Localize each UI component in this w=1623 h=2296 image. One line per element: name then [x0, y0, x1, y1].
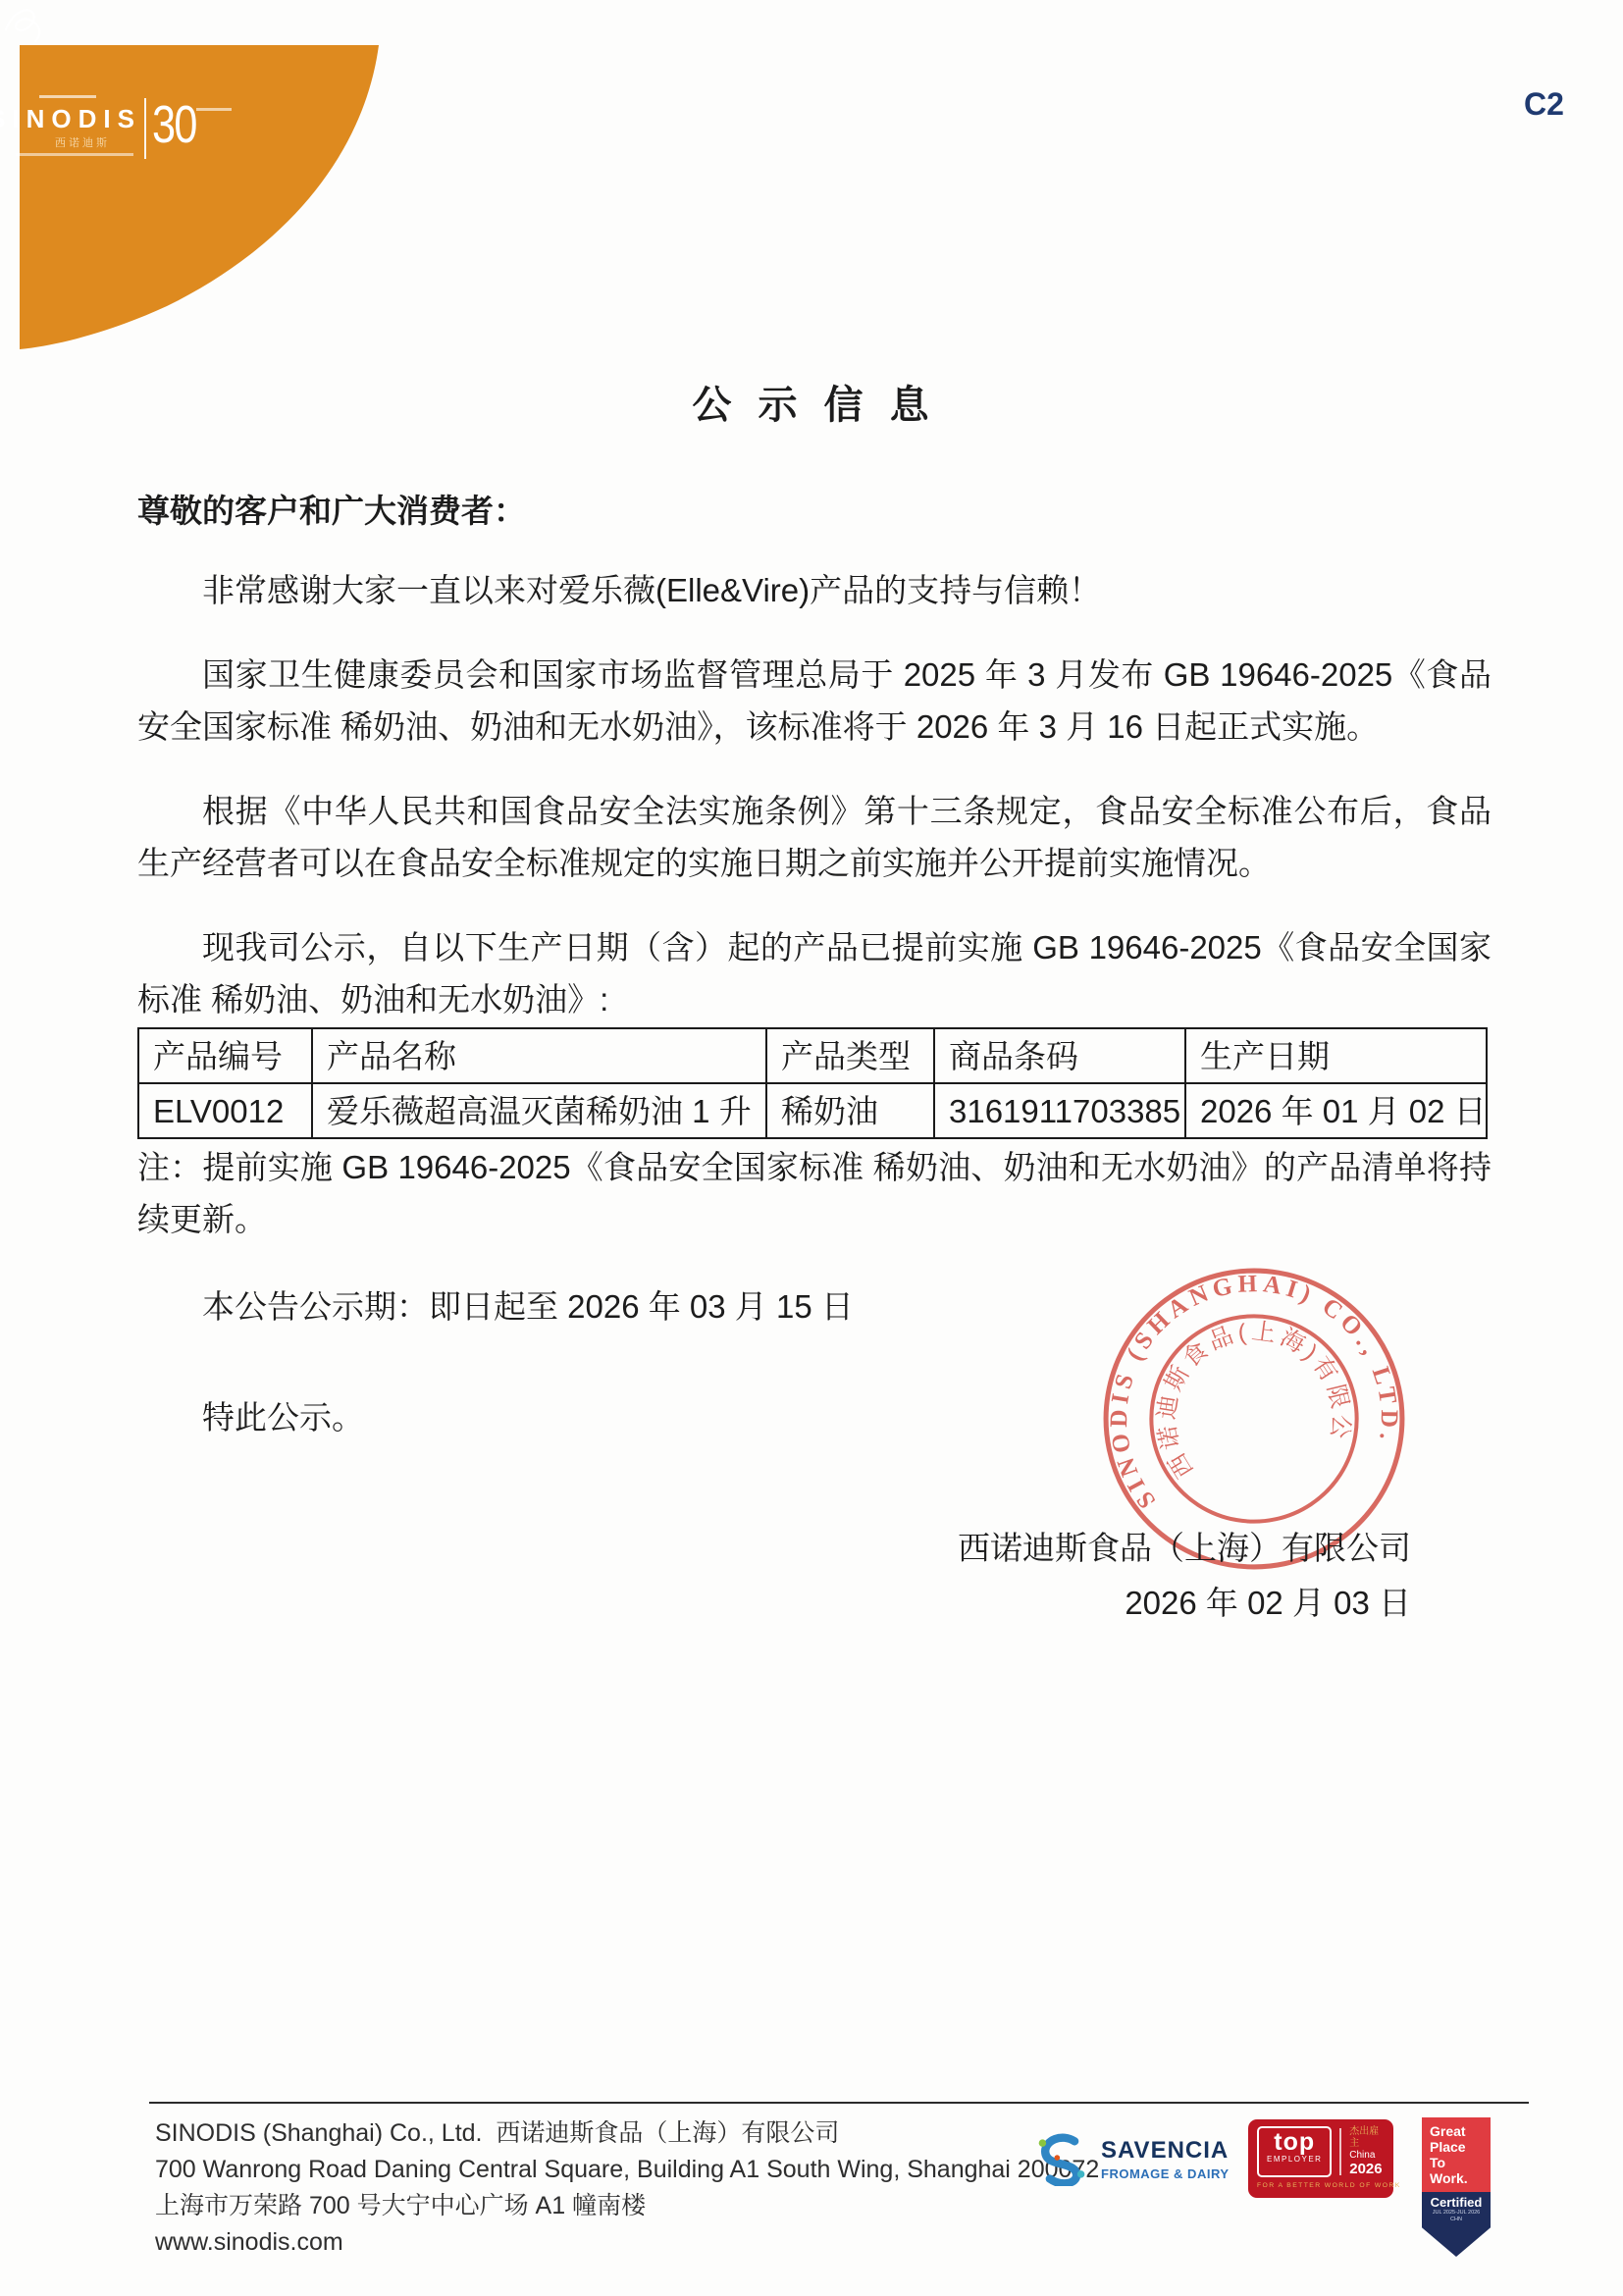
- top-employer-wordbox: top EMPLOYER: [1257, 2126, 1332, 2177]
- product-table: 产品编号 产品名称 产品类型 商品条码 生产日期 ELV0012 爱乐薇超高温灭…: [137, 1027, 1488, 1139]
- anniversary-flourish-icon: [0, 0, 51, 45]
- page-title: 公 示 信 息: [137, 381, 1492, 430]
- sinodis-logo-corner: SINODIS 西诺迪斯 30: [0, 0, 422, 363]
- col-header-production-date: 生产日期: [1185, 1028, 1487, 1083]
- gptw-red-panel: Great Place To Work.: [1422, 2117, 1491, 2192]
- signature-company: 西诺迪斯食品（上海）有限公司: [958, 1521, 1411, 1576]
- scanned-announcement-page: SINODIS 西诺迪斯 30 C2 公 示 信 息 尊敬的客户和广大消费者： …: [0, 0, 1623, 2296]
- seal-latin-text: SINODIS (SHANGHAI) CO., LTD.: [1078, 1243, 1414, 1517]
- salutation: 尊敬的客户和广大消费者：: [137, 485, 1492, 537]
- logo-tagline-bar: [16, 153, 133, 156]
- signature-block: 西诺迪斯食品（上海）有限公司 2026 年 02 月 03 日: [958, 1521, 1411, 1631]
- anniversary-small-text-bar: [196, 108, 232, 111]
- footer-address-block: SINODIS (Shanghai) Co., Ltd. 西诺迪斯食品（上海）有…: [155, 2115, 1099, 2261]
- col-header-product-name: 产品名称: [312, 1028, 766, 1083]
- savencia-tagline: FROMAGE & DAIRY: [1101, 2166, 1230, 2181]
- top-employer-badge: top EMPLOYER 杰出雇主 China 2026 FOR A BETTE…: [1248, 2119, 1393, 2198]
- table-row: ELV0012 爱乐薇超高温灭菌稀奶油 1 升 稀奶油 316191170338…: [138, 1083, 1487, 1138]
- signature-date: 2026 年 02 月 03 日: [958, 1576, 1411, 1631]
- footer-address-cn: 上海市万荣路 700 号大宁中心广场 A1 幢南楼: [155, 2188, 1099, 2224]
- cell-product-type: 稀奶油: [766, 1083, 934, 1138]
- cell-barcode: 3161911703385: [934, 1083, 1185, 1138]
- top-employer-year: 2026: [1349, 2162, 1385, 2177]
- sinodis-chinese-name: 西诺迪斯: [55, 134, 110, 150]
- col-header-product-code: 产品编号: [138, 1028, 312, 1083]
- top-employer-strapline: FOR A BETTER WORLD OF WORK: [1257, 2182, 1385, 2189]
- note-text: 注：提前实施 GB 19646-2025《食品安全国家标准 稀奶油、奶油和无水奶…: [137, 1141, 1492, 1245]
- col-header-product-type: 产品类型: [766, 1028, 934, 1083]
- paragraph-thanks: 非常感谢大家一直以来对爱乐薇(Elle&Vire)产品的支持与信赖！: [137, 564, 1492, 616]
- footer-website: www.sinodis.com: [155, 2224, 1099, 2261]
- top-employer-cn: 杰出雇主: [1349, 2126, 1385, 2150]
- gptw-certified-ribbon: Certified JUL 2025-JUL 2026 CHN: [1422, 2192, 1491, 2257]
- top-employer-divider: [1339, 2128, 1341, 2175]
- savencia-wordmark: SAVENCIA: [1101, 2137, 1230, 2165]
- savencia-s-icon: [1034, 2131, 1089, 2186]
- paragraph-early-implementation: 现我司公示，自以下生产日期（含）起的产品已提前实施 GB 19646-2025《…: [137, 921, 1492, 1025]
- paragraph-regulation: 根据《中华人民共和国食品安全法实施条例》第十三条规定，食品安全标准公布后，食品 …: [137, 785, 1492, 889]
- footer-company-line: SINODIS (Shanghai) Co., Ltd. 西诺迪斯食品（上海）有…: [155, 2115, 1099, 2152]
- great-place-to-work-badge: Great Place To Work. Certified JUL 2025-…: [1422, 2117, 1491, 2257]
- anniversary-30-mark: 30: [152, 94, 196, 155]
- logo-small-mark: [39, 95, 96, 98]
- sinodis-wordmark: SINODIS: [0, 104, 141, 134]
- paragraph-standard-announced: 国家卫生健康委员会和国家市场监督管理总局于 2025 年 3 月发布 GB 19…: [137, 649, 1492, 753]
- logo-divider: [144, 98, 146, 159]
- table-header-row: 产品编号 产品名称 产品类型 商品条码 生产日期: [138, 1028, 1487, 1083]
- cell-product-code: ELV0012: [138, 1083, 312, 1138]
- cell-product-name: 爱乐薇超高温灭菌稀奶油 1 升: [312, 1083, 766, 1138]
- footer-divider: [149, 2102, 1529, 2104]
- savencia-logo: SAVENCIA FROMAGE & DAIRY: [1034, 2131, 1230, 2186]
- cell-production-date: 2026 年 01 月 02 日: [1185, 1083, 1487, 1138]
- col-header-barcode: 商品条码: [934, 1028, 1185, 1083]
- svg-text:SINODIS (SHANGHAI) CO., LTD.: SINODIS (SHANGHAI) CO., LTD.: [1078, 1243, 1414, 1517]
- footer-address-en: 700 Wanrong Road Daning Central Square, …: [155, 2152, 1099, 2188]
- page-code: C2: [1524, 86, 1564, 123]
